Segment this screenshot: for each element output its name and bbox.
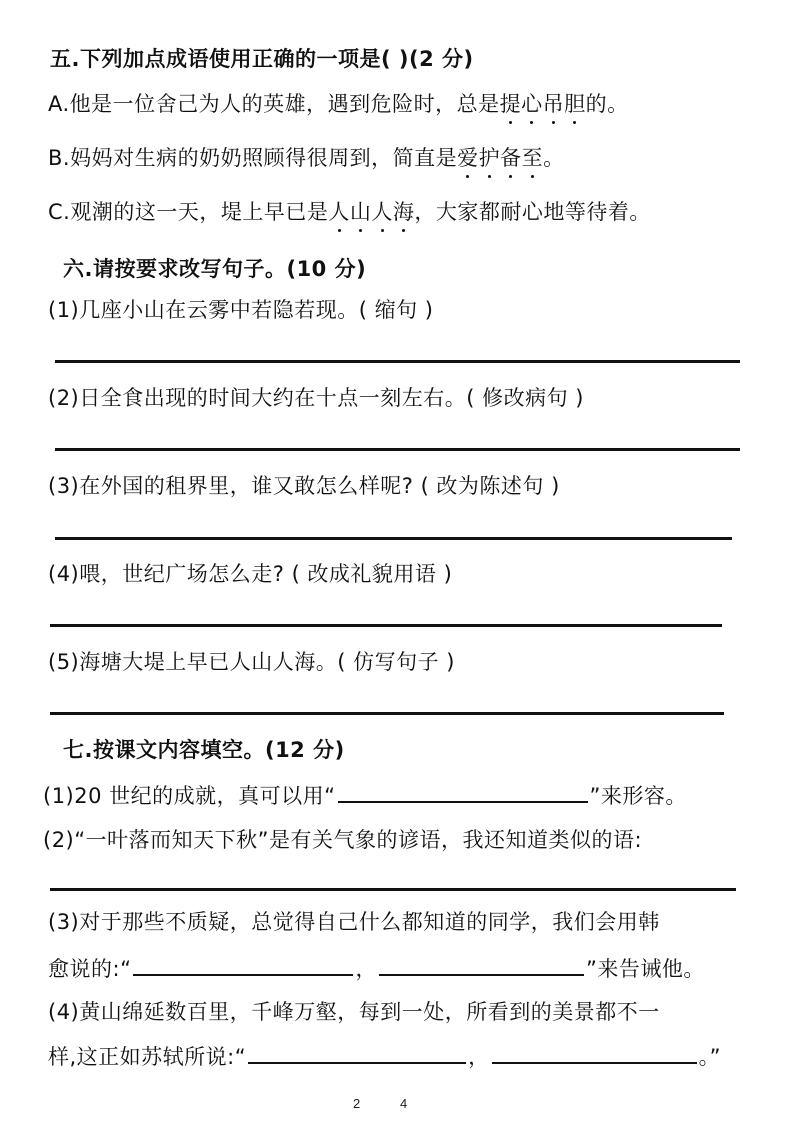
option-a-dotted-idiom: 提心吊胆 bbox=[500, 92, 586, 116]
answer-line-4[interactable] bbox=[50, 624, 722, 627]
emphasis-dot-char: 海 bbox=[393, 198, 415, 226]
fill-item-2: (2)“一叶落而知天下秋”是有关气象的谚语，我还知道类似的语: bbox=[43, 826, 642, 854]
option-c-dotted-idiom: 人山人海 bbox=[328, 200, 414, 224]
fill-item-4-comma: ， bbox=[468, 1045, 490, 1069]
fill-item-1-suffix: ”来形容。 bbox=[590, 784, 687, 808]
emphasis-dot-char: 提 bbox=[500, 90, 522, 118]
emphasis-dot-char: 爱 bbox=[457, 144, 479, 172]
fill-item-4-prefix: 样,这正如苏轼所说:“ bbox=[48, 1045, 246, 1069]
fill-item-4-suffix: 。” bbox=[699, 1045, 721, 1069]
section-6-title: 六.请按要求改写句子。(10 分) bbox=[63, 255, 366, 283]
option-a[interactable]: A.他是一位舍己为人的英雄，遇到危险时，总是提心吊胆的。 bbox=[48, 90, 629, 118]
option-a-text: A.他是一位舍己为人的英雄，遇到危险时，总是 bbox=[48, 92, 500, 116]
rewrite-item-5: (5)海塘大堤上早已人山人海。( 仿写句子 ) bbox=[48, 648, 455, 676]
emphasis-dot-char: 吊 bbox=[543, 90, 565, 118]
rewrite-item-4: (4)喂，世纪广场怎么走? ( 改成礼貌用语 ) bbox=[48, 560, 452, 588]
section-5-title: 五.下列加点成语使用正确的一项是( )(2 分) bbox=[50, 45, 474, 73]
section-7-title: 七.按课文内容填空。(12 分) bbox=[63, 736, 345, 764]
emphasis-dot-char: 人 bbox=[371, 198, 393, 226]
answer-line-1[interactable] bbox=[55, 360, 740, 363]
emphasis-dot-char: 山 bbox=[350, 198, 372, 226]
emphasis-dot-char: 人 bbox=[328, 198, 350, 226]
option-b[interactable]: B.妈妈对生病的奶奶照顾得很周到，简直是爱护备至。 bbox=[48, 144, 565, 172]
fill-item-4-line1: (4)黄山绵延数百里，千峰万壑，每到一处，所看到的美景都不一 bbox=[48, 998, 660, 1026]
fill-item-3-comma: ， bbox=[355, 957, 377, 981]
fill-blank-1[interactable] bbox=[338, 783, 588, 803]
option-c[interactable]: C.观潮的这一天，堤上早已是人山人海，大家都耐心地等待着。 bbox=[48, 198, 651, 226]
rewrite-item-1: (1)几座小山在云雾中若隐若现。( 缩句 ) bbox=[48, 296, 433, 324]
fill-item-1-prefix: (1)20 世纪的成就，真可以用“ bbox=[43, 784, 336, 808]
fill-blank-3a[interactable] bbox=[133, 956, 353, 976]
rewrite-item-3: (3)在外国的租界里，谁又敢怎么样呢? ( 改为陈述句 ) bbox=[48, 472, 560, 500]
fill-blank-4a[interactable] bbox=[248, 1044, 466, 1064]
fill-item-1: (1)20 世纪的成就，真可以用“”来形容。 bbox=[43, 782, 687, 810]
emphasis-dot-char: 心 bbox=[521, 90, 543, 118]
option-c-suffix: ，大家都耐心地等待着。 bbox=[414, 200, 651, 224]
fill-answer-line-2[interactable] bbox=[50, 888, 736, 891]
fill-item-3-line2: 愈说的:“，”来告诫他。 bbox=[48, 955, 705, 983]
rewrite-item-2: (2)日全食出现的时间大约在十点一刻左右。( 修改病句 ) bbox=[48, 384, 584, 412]
emphasis-dot-char: 备 bbox=[500, 144, 522, 172]
answer-line-3[interactable] bbox=[55, 537, 732, 540]
fill-item-4-line2: 样,这正如苏轼所说:“，。” bbox=[48, 1043, 721, 1071]
option-b-text: B.妈妈对生病的奶奶照顾得很周到，简直是 bbox=[48, 146, 457, 170]
option-c-text: C.观潮的这一天，堤上早已是 bbox=[48, 200, 328, 224]
emphasis-dot-char: 胆 bbox=[564, 90, 586, 118]
emphasis-dot-char: 护 bbox=[479, 144, 501, 172]
page-number-left: 2 bbox=[353, 1096, 360, 1112]
emphasis-dot-char: 至 bbox=[522, 144, 544, 172]
fill-blank-3b[interactable] bbox=[379, 956, 584, 976]
page-number-right: 4 bbox=[400, 1096, 407, 1112]
answer-line-2[interactable] bbox=[55, 448, 740, 451]
option-b-dotted-idiom: 爱护备至 bbox=[457, 146, 543, 170]
fill-item-3-prefix: 愈说的:“ bbox=[48, 957, 131, 981]
fill-item-3-suffix: ”来告诫他。 bbox=[586, 957, 705, 981]
fill-item-3-line1: (3)对于那些不质疑，总觉得自己什么都知道的同学，我们会用韩 bbox=[48, 908, 660, 936]
option-a-suffix: 的。 bbox=[586, 92, 629, 116]
answer-line-5[interactable] bbox=[50, 712, 724, 715]
fill-blank-4b[interactable] bbox=[492, 1044, 697, 1064]
option-b-suffix: 。 bbox=[543, 146, 565, 170]
